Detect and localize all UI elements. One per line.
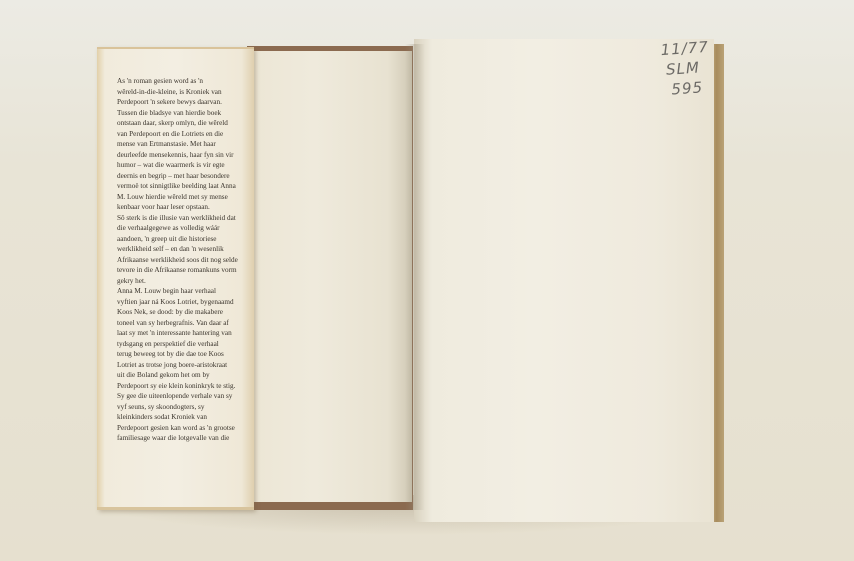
flap-text-line: aandoen, 'n greep uit die historiese [117,234,257,245]
flap-text-line: Perdepoort 'n sekere bewys daarvan. [117,97,257,108]
flap-text-line: Sô sterk is die illusie van werklikheid … [117,213,257,224]
flap-text-line: Koos Nek, se dood: by die makabere [117,307,257,318]
flap-text-line: Sy gee die uiteenlopende verhale van sy [117,391,257,402]
flap-text-line: werklikheid self – en dan 'n wesenlik [117,244,257,255]
book-photo: 11/77 SLM 595 As 'n roman gesien word as… [0,0,854,561]
flap-text-line: Perdepoort sy eie klein koninkryk te sti… [117,381,257,392]
flap-text-line: gekry het. [117,276,257,287]
flap-text-line: tevore in die Afrikaanse romankuns vorm [117,265,257,276]
flap-text-line: van Perdepoort en die Lotriets en die [117,129,257,140]
flap-text-line: Lotriet as trotse jong boere-aristokraat [117,360,257,371]
flap-text-line: Afrikaanse werklikheid soos dit nog seld… [117,255,257,266]
flap-text-line: laat sy met 'n interessante hantering va… [117,328,257,339]
flap-text-line: toneel van sy herbegrafnis. Van daar af [117,318,257,329]
flap-text-line: humor – wat die waarmerk is vir egte [117,160,257,171]
flap-text-line: Perdepoort gesien kan word as 'n grootse [117,423,257,434]
dust-jacket-flap: As 'n roman gesien word as 'nwêreld-in-d… [97,47,254,510]
flap-text-line: ontstaan daar, skerp omlyn, die wêreld [117,118,257,129]
left-endpaper [250,51,412,502]
handwritten-number: 595 [671,76,724,100]
flap-text-line: M. Louw hierdie wêreld met sy mense [117,192,257,203]
right-flyleaf-page [414,39,714,522]
flap-text-line: familiesage waar die lotgevalle van die [117,433,257,444]
flap-text-line: mense van Ertmanstasie. Met haar [117,139,257,150]
book-gutter [405,44,425,510]
flap-text-line: wêreld-in-die-kleine, is Kroniek van [117,87,257,98]
flap-text-line: vyf seuns, sy skoondogters, sy [117,402,257,413]
flap-blurb: As 'n roman gesien word as 'nwêreld-in-d… [117,76,257,444]
flap-text-line: tydsgang en perspektief die verhaal [117,339,257,350]
flap-text-line: kenbaar voor haar leser opstaan. [117,202,257,213]
flap-text-line: die verhaalgegewe as volledig wáár [117,223,257,234]
flap-text-line: Tussen die bladsye van hierdie boek [117,108,257,119]
flap-text-line: deernis en begrip – met haar besondere [117,171,257,182]
flap-text-line: kleinkinders sodat Kroniek van [117,412,257,423]
flap-text-line: terug beweeg tot by die dae toe Koos [117,349,257,360]
flap-text-line: vyftien jaar ná Koos Lotriet, bygenaamd [117,297,257,308]
flap-text-line: uit die Boland gekom het om by [117,370,257,381]
handwritten-notes: 11/77 SLM 595 [660,36,724,100]
flap-text-line: As 'n roman gesien word as 'n [117,76,257,87]
flap-text-line: vermoë tot sinnigtlike beelding laat Ann… [117,181,257,192]
flap-text-line: Anna M. Louw begin haar verhaal [117,286,257,297]
flap-text-line: deurleefde mensekennis, haar fyn sin vir [117,150,257,161]
